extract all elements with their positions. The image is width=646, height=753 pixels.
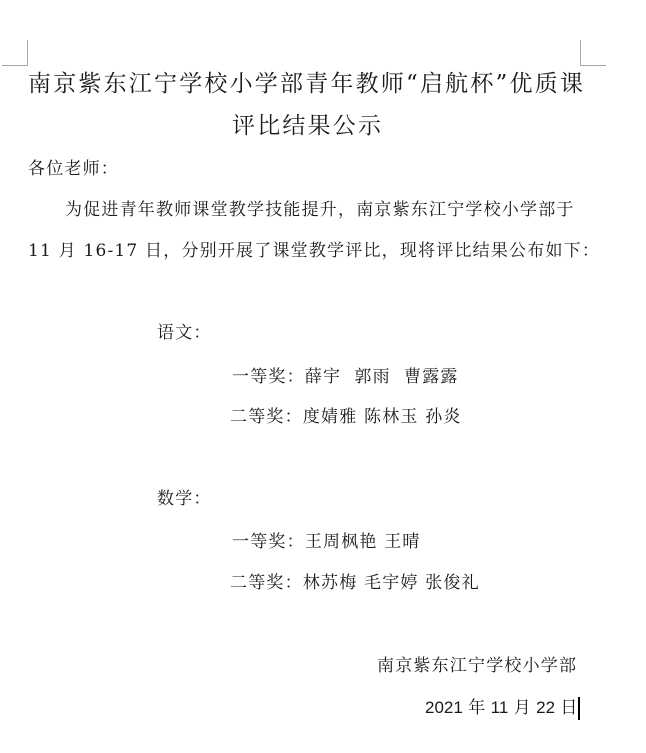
award-row: 二等奖：度婧雅 陈林玉 孙炎 [230,409,462,426]
date-month: 11 [491,698,509,717]
page-corner-mark-top-left [2,40,28,66]
date-month-unit: 月 [508,698,536,718]
award-label: 二等奖： [230,573,303,593]
award-row: 一等奖：薛宇 郭雨 曹露露 [232,369,459,386]
date-day: 22 [536,698,555,717]
date-year: 2021 [425,698,463,717]
award-label: 一等奖： [232,367,305,387]
award-winners: 王周枫艳 王晴 [305,532,421,552]
document-date[interactable]: 2021 年 11 月 22 日 [425,697,580,720]
page-corner-mark-top-right [580,40,606,66]
date-day-unit: 日 [555,698,577,718]
award-row: 一等奖：王周枫艳 王晴 [232,534,421,551]
subject-heading-math: 数学： [157,491,212,508]
award-winners: 薛宇 郭雨 曹露露 [305,367,459,387]
award-label: 二等奖： [230,407,303,427]
award-row: 二等奖：林苏梅 毛宇婷 张俊礼 [230,575,480,592]
text-cursor [578,697,580,720]
document-title-line-1: 南京紫东江宁学校小学部青年教师“启航杯”优质课 [28,73,585,96]
award-winners: 度婧雅 陈林玉 孙炎 [303,407,462,427]
date-year-unit: 年 [463,698,491,718]
award-winners: 林苏梅 毛宇婷 张俊礼 [303,573,480,593]
signature: 南京紫东江宁学校小学部 [377,658,577,675]
intro-paragraph-line-2: 11 月 16-17 日，分别开展了课堂教学评比，现将评比结果公布如下： [28,243,600,260]
award-label: 一等奖： [232,532,305,552]
subject-heading-chinese: 语文： [157,325,212,342]
salutation: 各位老师： [28,161,119,178]
intro-paragraph-line-1: 为促进青年教师课堂教学技能提升，南京紫东江宁学校小学部于 [65,202,575,219]
document-title-line-2: 评比结果公示 [232,115,383,138]
